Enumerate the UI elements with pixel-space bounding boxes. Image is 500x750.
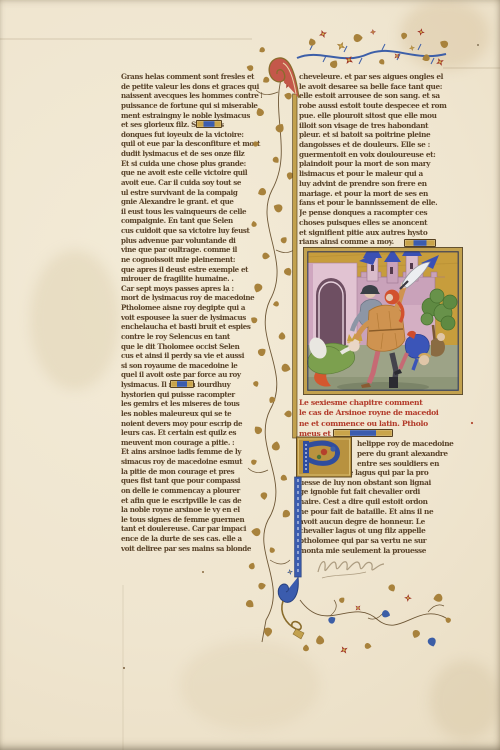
gold-ivy-leaf bbox=[378, 58, 386, 66]
text-line: lisimacus et pour le maleur qui a bbox=[299, 169, 465, 179]
gold-ivy-leaf bbox=[433, 593, 444, 603]
text-line: avoit aucun degre de honneur. Le bbox=[299, 517, 465, 527]
gold-ivy-leaf bbox=[274, 122, 286, 134]
gold-ivy-leaf bbox=[438, 39, 449, 49]
text-line: mort de lysimacus roy de macedoine bbox=[121, 293, 262, 303]
text-line: robe aussi estoit toute despecee et rom bbox=[299, 101, 465, 111]
text-line: plaindoit pour la mort de son mary bbox=[299, 159, 465, 169]
text-line: ques fist tant que pour compassi bbox=[121, 476, 262, 486]
flower-ornament bbox=[343, 54, 356, 67]
text-line: les nobles maleureux qui se te bbox=[121, 409, 262, 419]
text-line: pleur. et si batoit sa poitrine pleine bbox=[299, 130, 465, 140]
gold-ivy-leaf bbox=[283, 267, 294, 278]
flower-ornament bbox=[338, 644, 350, 656]
miniature-painting bbox=[303, 247, 463, 395]
parchment-stain bbox=[180, 640, 320, 730]
gold-ivy-leaf bbox=[353, 34, 362, 42]
text-line: ne cognoissoit mie pleinement: bbox=[121, 255, 262, 265]
line-filler bbox=[404, 239, 436, 247]
text-line: meuvent mon courage a pitie. : bbox=[121, 438, 262, 448]
text-line: ge ignoble fut fait chevalier ordi bbox=[299, 487, 465, 497]
gold-ivy-leaf bbox=[444, 616, 452, 624]
text-line: Et ains arsinoe iadis femme de ly bbox=[121, 447, 262, 457]
text-line: avoit eue. Car il cuida soy tout se bbox=[121, 178, 262, 188]
text-line: plus advenue par voluntande di bbox=[121, 236, 262, 246]
text-line: tant et doulereuse. Car par impaci bbox=[121, 524, 262, 534]
text-line: quel il avoit oste par force au roy bbox=[121, 370, 262, 380]
text-line: mariage. et pour la mort de ses en bbox=[299, 189, 465, 199]
text-line: entre ses souldiers en bbox=[357, 459, 465, 469]
text-line: les gemirs et les miseres de tous bbox=[121, 399, 262, 409]
line-filler bbox=[170, 380, 194, 388]
text-line: que ne avoit este celle victoire quil bbox=[121, 168, 262, 178]
text-line: Je pense donques a racompter ces bbox=[299, 208, 465, 218]
gold-ivy-leaf bbox=[268, 546, 275, 554]
flower-ornament bbox=[286, 568, 293, 575]
flower-ornament bbox=[434, 56, 445, 67]
text-line: luy advint de prendre son frere en bbox=[299, 179, 465, 189]
gold-ivy-leaf bbox=[261, 76, 270, 85]
text-line: ot ung appelle lagus qui par la pro bbox=[299, 468, 465, 478]
text-line: Car sept moys passes apres la : bbox=[121, 284, 262, 294]
gold-ivy-leaf bbox=[281, 363, 292, 373]
text-line: illoit son visage de tres habondant bbox=[299, 121, 465, 131]
line-filler bbox=[333, 429, 393, 437]
text-line: choses puisques elles se anoncent bbox=[299, 218, 465, 228]
gold-ivy-leaf bbox=[248, 562, 256, 570]
text-line: et afin que ie escripville le cas de bbox=[121, 496, 262, 506]
text-line: contre le roy Selencus en tant bbox=[121, 332, 262, 342]
text-line: le cas de Arsinoe royne de macedoi bbox=[299, 408, 464, 418]
text-line: pere du grant alexandre bbox=[357, 449, 465, 459]
text-line: et signifient pitie aux autres hysto bbox=[299, 228, 465, 238]
flower-ornament bbox=[282, 78, 294, 90]
text-line: uesse de luy non obstant son lignai bbox=[299, 478, 465, 488]
owner-signature bbox=[318, 562, 384, 578]
flower-ornament bbox=[408, 44, 415, 51]
text-line: on delle ie commencay a plourer bbox=[121, 486, 262, 496]
text-line: cheveleure. et par ses aigues ongles el bbox=[299, 72, 465, 82]
gold-ivy-leaf bbox=[279, 332, 286, 340]
text-line: fans et pour le bannissement de elle. bbox=[299, 198, 465, 208]
gold-ivy-leaf bbox=[246, 64, 254, 72]
text-line: ul estre survivant de la compaig bbox=[121, 188, 262, 198]
text-line: rians ainsi comme a moy. bbox=[299, 237, 465, 247]
flower-ornament bbox=[353, 603, 363, 613]
gold-ivy-leaf bbox=[280, 474, 289, 482]
flower-ornament bbox=[317, 28, 328, 39]
text-line: de petite valeur les dons et graces qui bbox=[121, 82, 262, 92]
gold-ivy-leaf bbox=[421, 53, 431, 62]
ruling-lines bbox=[0, 39, 500, 68]
flower-ornament bbox=[335, 40, 348, 53]
text-line: mirouer de fragilite humaine. . bbox=[121, 274, 262, 284]
gold-ivy-leaf bbox=[400, 32, 407, 40]
gold-ivy-leaf bbox=[280, 235, 289, 244]
gold-ivy-leaf bbox=[258, 582, 267, 590]
text-line: la noble royne arsinoe ie vy en el bbox=[121, 505, 262, 515]
text-line: compaignie. En tant que Selen bbox=[121, 216, 262, 226]
text-line: puissance de fortune qui si miserable bbox=[121, 101, 262, 111]
gold-ivy-leaf bbox=[315, 635, 324, 645]
line-filler bbox=[196, 120, 222, 128]
gold-ivy-leaf bbox=[427, 637, 437, 648]
gold-ivy-leaf bbox=[258, 46, 266, 54]
text-line: que le dit Tholomee occist Selen bbox=[121, 342, 262, 352]
text-line: vine que par oultrage. comme il bbox=[121, 245, 262, 255]
chapter-text-full: ot ung appelle lagus qui par la prouesse… bbox=[299, 468, 465, 558]
gold-ivy-leaf bbox=[303, 644, 309, 651]
flower-ornament bbox=[392, 51, 402, 61]
gold-ivy-leaf bbox=[338, 596, 346, 604]
text-line: helippe roy de macedoine bbox=[357, 439, 465, 449]
text-line: cus et ainsi il perdy sa vie et aussi bbox=[121, 351, 262, 361]
gold-ivy-leaf bbox=[327, 615, 337, 625]
gold-ivy-leaf bbox=[264, 627, 272, 636]
text-line: monta mie seulement la prouesse bbox=[299, 546, 465, 556]
text-line: le tous signes de femme guermen bbox=[121, 515, 262, 525]
text-line: ne pour fait de bataille. Et ains il ne bbox=[299, 507, 465, 517]
parchment-stain bbox=[400, 0, 490, 70]
text-line: dangoisses et de douleurs. Elle se : bbox=[299, 140, 465, 150]
text-line: hystorien qui puisse racompter bbox=[121, 390, 262, 400]
text-line: et ses glorieux filz. Selencus bbox=[121, 120, 262, 130]
text-line: leurs cas. Et certain est quilz es bbox=[121, 428, 262, 438]
text-line: il eust tous les vainqueurs de celle bbox=[121, 207, 262, 217]
gold-ivy-leaf bbox=[272, 202, 284, 213]
text-line: ptholomee qui par sa vertu ne sur bbox=[299, 536, 465, 546]
gold-ivy-leaf bbox=[280, 509, 291, 520]
text-line: naissent avecques les hommes contre la bbox=[121, 91, 262, 101]
gold-ivy-leaf bbox=[271, 441, 281, 452]
flower-ornament bbox=[404, 594, 413, 603]
gold-ivy-leaf bbox=[364, 643, 371, 650]
gold-ivy-leaf bbox=[411, 629, 421, 640]
text-line: Le sexiesme chapitre comment bbox=[299, 398, 464, 408]
text-line: ne et commence ou latin. Ptholo bbox=[299, 419, 464, 429]
bottom-hook-flourish bbox=[278, 577, 298, 602]
gold-ivy-leaf bbox=[308, 37, 317, 46]
text-line: donques fut ioyeulx de la victoire: bbox=[121, 130, 262, 140]
top-hook-flourish bbox=[269, 58, 299, 98]
text-line: pue. elle plouroit sitost que elle mou bbox=[299, 111, 465, 121]
manuscript-page: Grans helas comment sont fresles etde pe… bbox=[0, 0, 500, 750]
text-line: simacus roy de macedoine esmut bbox=[121, 457, 262, 467]
gold-ivy-leaf bbox=[387, 583, 396, 593]
text-line: Et si cuida une chose plus grande: bbox=[121, 159, 262, 169]
parchment-stain bbox=[430, 660, 500, 740]
miniature-scene bbox=[303, 247, 463, 395]
gold-ivy-leaf bbox=[286, 172, 294, 181]
gold-ivy-leaf bbox=[272, 156, 281, 165]
right-text-column: cheveleure. et par ses aigues ongles ell… bbox=[299, 72, 465, 250]
text-line: enchelaucha et basti bruit et espies bbox=[121, 322, 262, 332]
text-line: voit deliree par ses mains sa blonde bbox=[121, 544, 262, 554]
text-line: elle estoit arrousee de son sang. et sa bbox=[299, 91, 465, 101]
text-line: quil ot eue par la desconfiture et mort bbox=[121, 139, 262, 149]
gold-ivy-leaf bbox=[283, 92, 292, 100]
parchment-stain bbox=[30, 250, 120, 390]
text-line: dudit lysimacus et de ses onze filz bbox=[121, 149, 262, 159]
left-text-column: Grans helas comment sont fresles etde pe… bbox=[121, 72, 262, 556]
gold-ivy-leaf bbox=[281, 59, 286, 65]
bar-border bbox=[269, 58, 299, 438]
text-line: gnie Alexandre le grant. et que bbox=[121, 197, 262, 207]
gold-ivy-leaf bbox=[381, 609, 391, 619]
gold-ivy-leaf bbox=[245, 599, 256, 610]
text-line: noient devers moy pour escrip de bbox=[121, 419, 262, 429]
gold-ivy-leaf bbox=[272, 301, 279, 308]
text-line: si son royaume de macedoine le bbox=[121, 361, 262, 371]
text-line: ence de la durte de ses cas. elle a bbox=[121, 534, 262, 544]
chapter-text-indented: helippe roy de macedoinepere du grant al… bbox=[357, 439, 465, 469]
text-line: ment estraingny le noble lysimacus bbox=[121, 111, 262, 121]
text-line: guermentoit en voix douloureuse et: bbox=[299, 150, 465, 160]
text-line: voit espousee la suer de lysimacus bbox=[121, 313, 262, 323]
text-line: Ptholomee aisne roy degipte qui a bbox=[121, 303, 262, 313]
text-line: chevalier lagus ot ung filz appelle bbox=[299, 526, 465, 536]
text-line: cus cuidoit que sa victoire luy feust bbox=[121, 226, 262, 236]
gold-ivy-leaf bbox=[262, 252, 270, 259]
text-line: naire. Cest a dire quil estoit ordon bbox=[299, 497, 465, 507]
gold-ivy-leaf bbox=[329, 58, 340, 69]
text-line: le avoit desaree sa belle face tant que: bbox=[299, 82, 465, 92]
text-line: que apres il deust estre exemple et bbox=[121, 265, 262, 275]
flower-ornament bbox=[416, 27, 425, 36]
text-line: la pitie de mon courage et pres bbox=[121, 467, 262, 477]
gold-ivy-leaf bbox=[284, 410, 292, 417]
text-line: Grans helas comment sont fresles et bbox=[121, 72, 262, 82]
flower-ornament bbox=[370, 29, 377, 36]
gold-ivy-leaf bbox=[268, 396, 277, 405]
